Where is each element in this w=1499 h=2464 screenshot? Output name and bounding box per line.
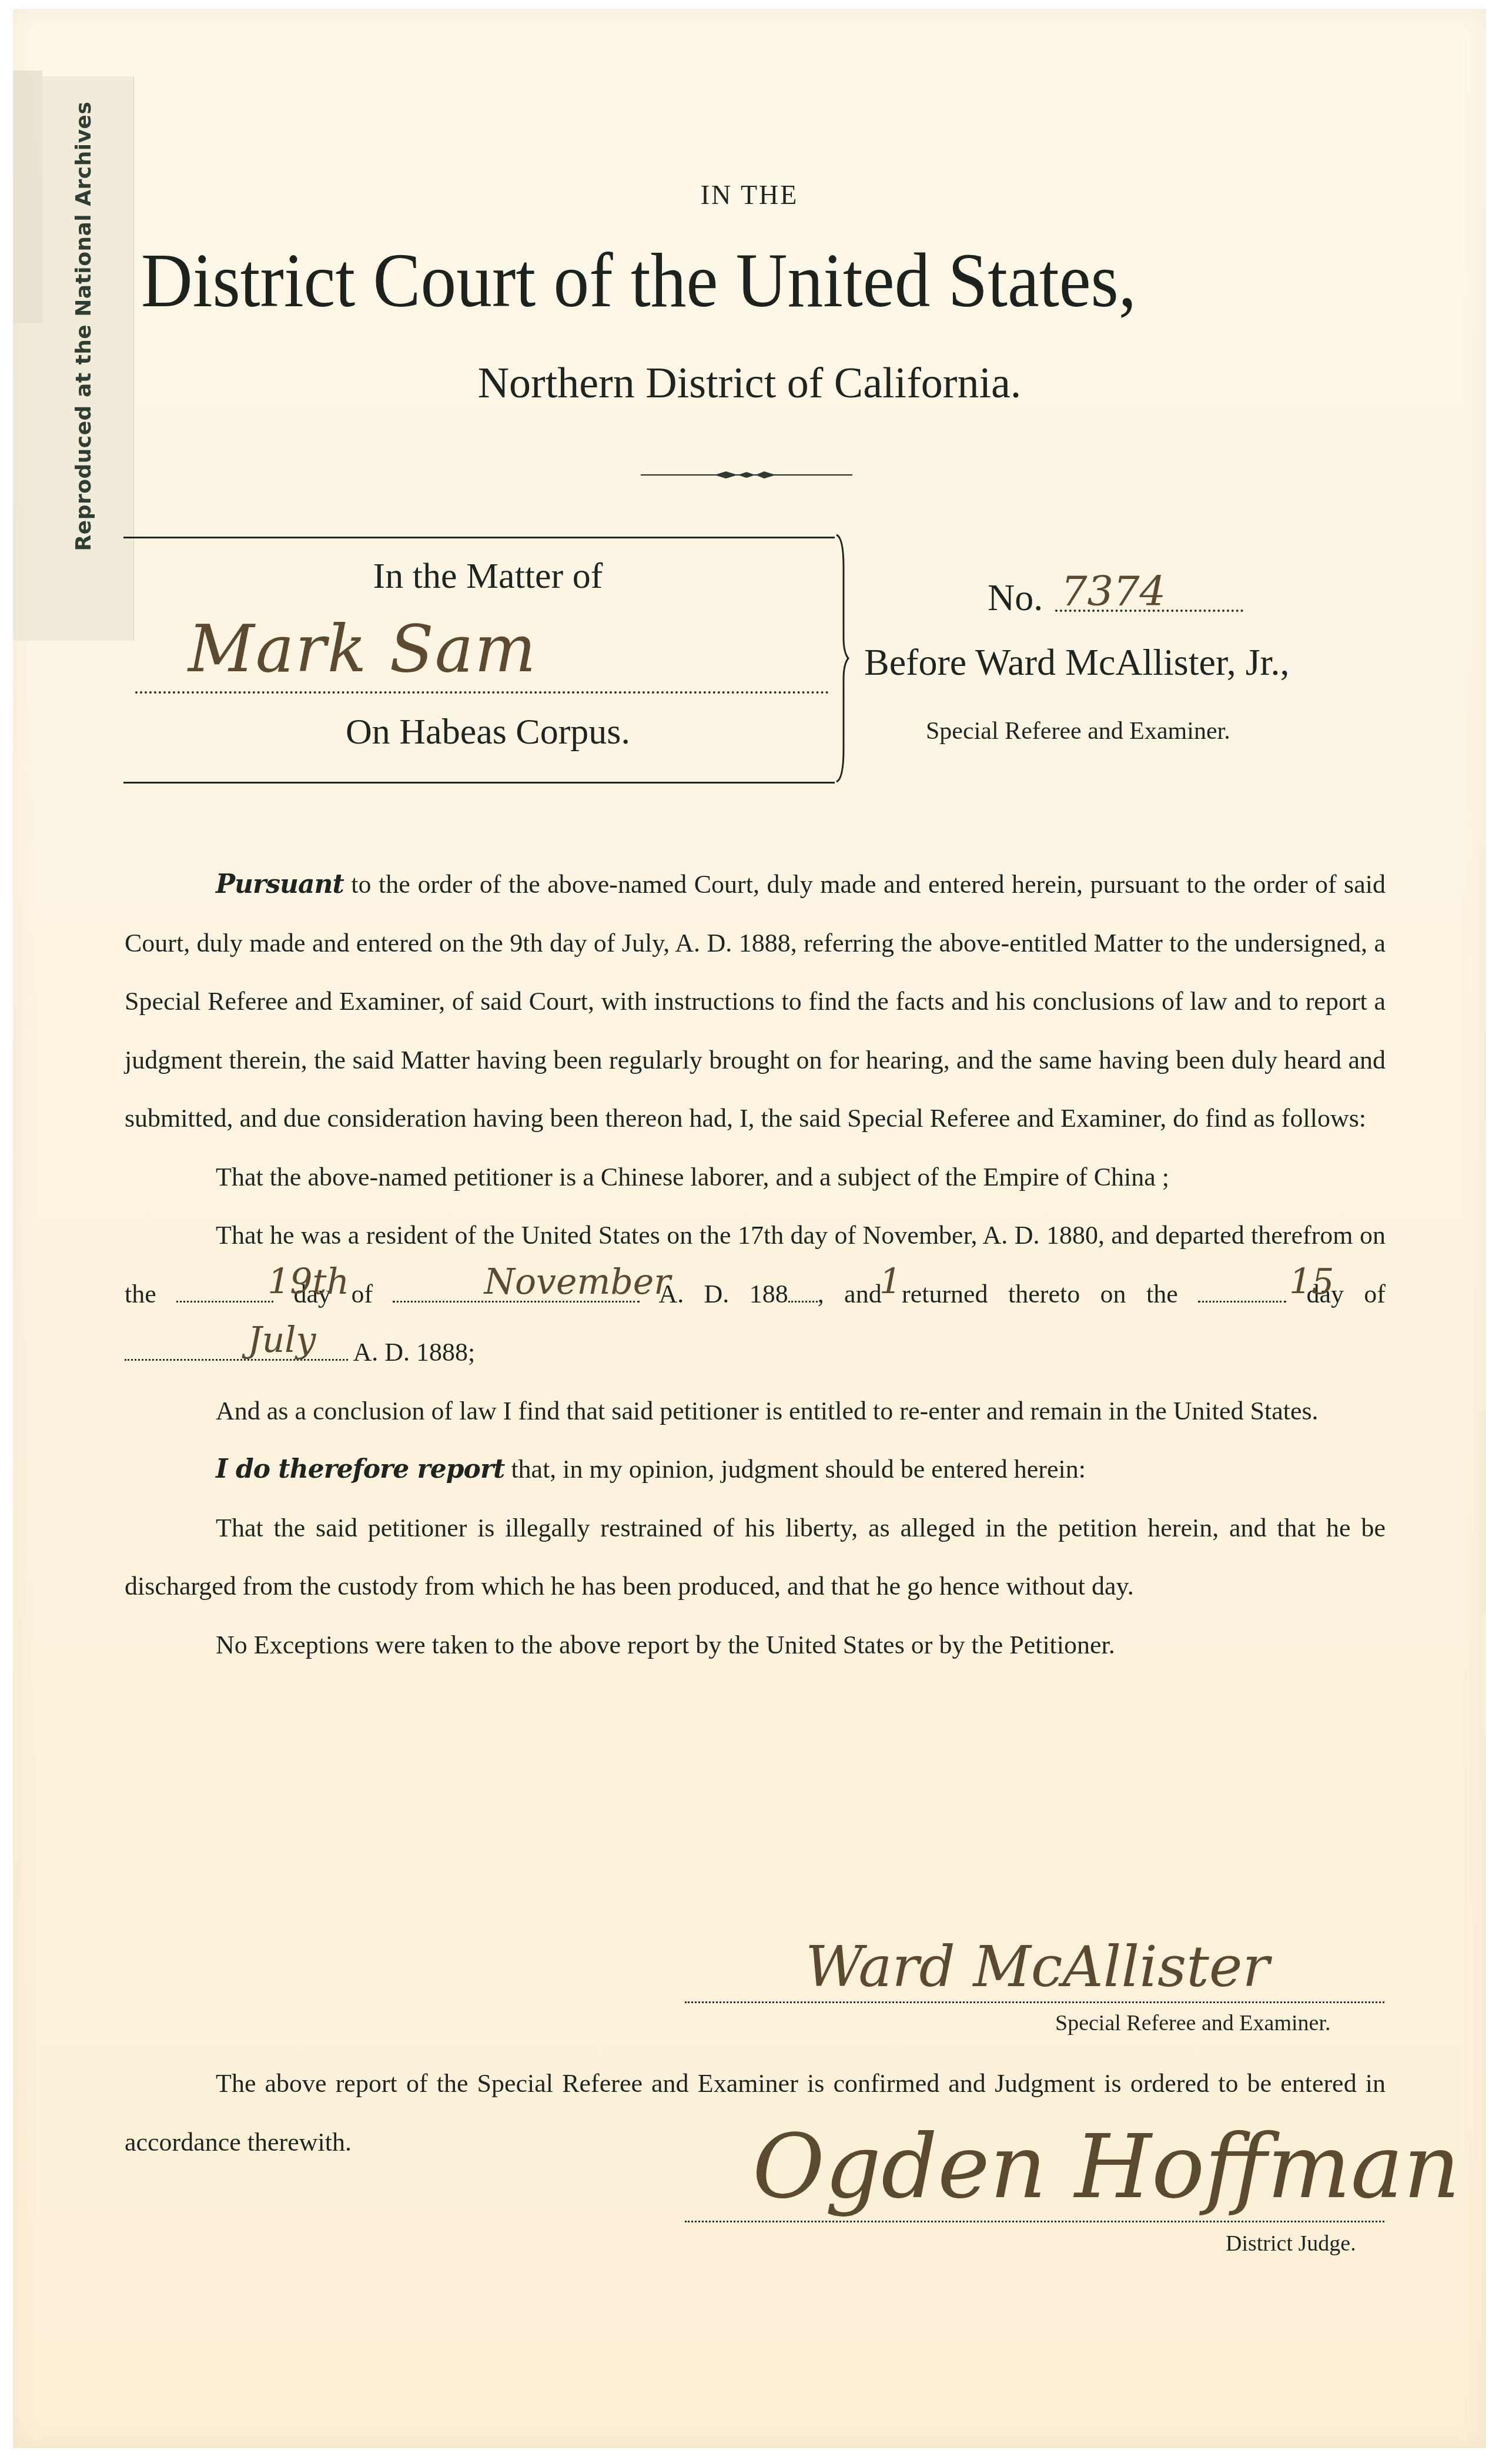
referee-signature-line [685,2001,1384,2003]
depart-year-field: 1 [788,1277,818,1303]
return-month-field: July [125,1335,348,1361]
referee-signature: Ward McAllister [805,1934,1269,2000]
residence-text-d: , and returned thereto on the [818,1280,1198,1308]
case-number-label: No. [988,576,1043,620]
in-the-matter-of: In the Matter of [123,555,852,597]
petitioner-name-line [135,691,829,694]
return-month: July [125,1323,348,1358]
archive-stamp-text: Reproduced at the National Archives [72,102,96,551]
return-day-field: 15 [1198,1277,1286,1303]
report-text: that, in my opinion, judgment should be … [504,1455,1086,1484]
paragraph-chinese-laborer: That the above-named petitioner is a Chi… [125,1148,1386,1207]
pursuant-text: to the order of the above-named Court, d… [125,870,1386,1133]
referee-signature-label: Special Referee and Examiner. [1055,2010,1330,2036]
report-body: Pursuant to the order of the above-named… [125,855,1386,1674]
depart-day: 19th [176,1264,273,1300]
return-day: 15 [1198,1264,1286,1300]
paragraph-no-exceptions: No Exceptions were taken to the above re… [125,1616,1386,1675]
before-referee: Before Ward McAllister, Jr., [864,641,1289,684]
referee-title: Special Referee and Examiner. [926,717,1230,745]
judge-signature: Ogden Hoffman [752,2116,1460,2218]
paragraph-report: I do therefore report that, in my opinio… [125,1440,1386,1499]
caption-rule-top [123,537,835,538]
case-number: 7374 [1061,567,1166,615]
paragraph-residence: That he was a resident of the United Sta… [125,1206,1386,1382]
depart-month-field: November [393,1277,640,1303]
on-habeas-corpus: On Habeas Corpus. [123,711,852,753]
paragraph-discharge: That the said petitioner is illegally re… [125,1499,1386,1616]
caption-rule-bottom [123,782,835,784]
district-title: Northern District of California. [0,359,1499,409]
judge-signature-label: District Judge. [1226,2231,1356,2257]
depart-month: November [393,1264,640,1300]
depart-year-digit: 1 [788,1264,818,1300]
depart-day-field: 19th [176,1277,273,1303]
header-in-the: IN THE [0,179,1499,210]
judge-signature-line [685,2221,1384,2222]
petitioner-name: Mark Sam [188,611,537,687]
ornament-divider-icon [641,470,852,480]
residence-text-f: A. D. 1888; [348,1338,475,1367]
report-lead: I do therefore report [216,1454,504,1484]
paragraph-conclusion: And as a conclusion of law I find that s… [125,1382,1386,1441]
pursuant-lead: Pursuant [216,869,344,899]
court-title: District Court of the United States, [141,235,1136,325]
paragraph-pursuant: Pursuant to the order of the above-named… [125,855,1386,1148]
